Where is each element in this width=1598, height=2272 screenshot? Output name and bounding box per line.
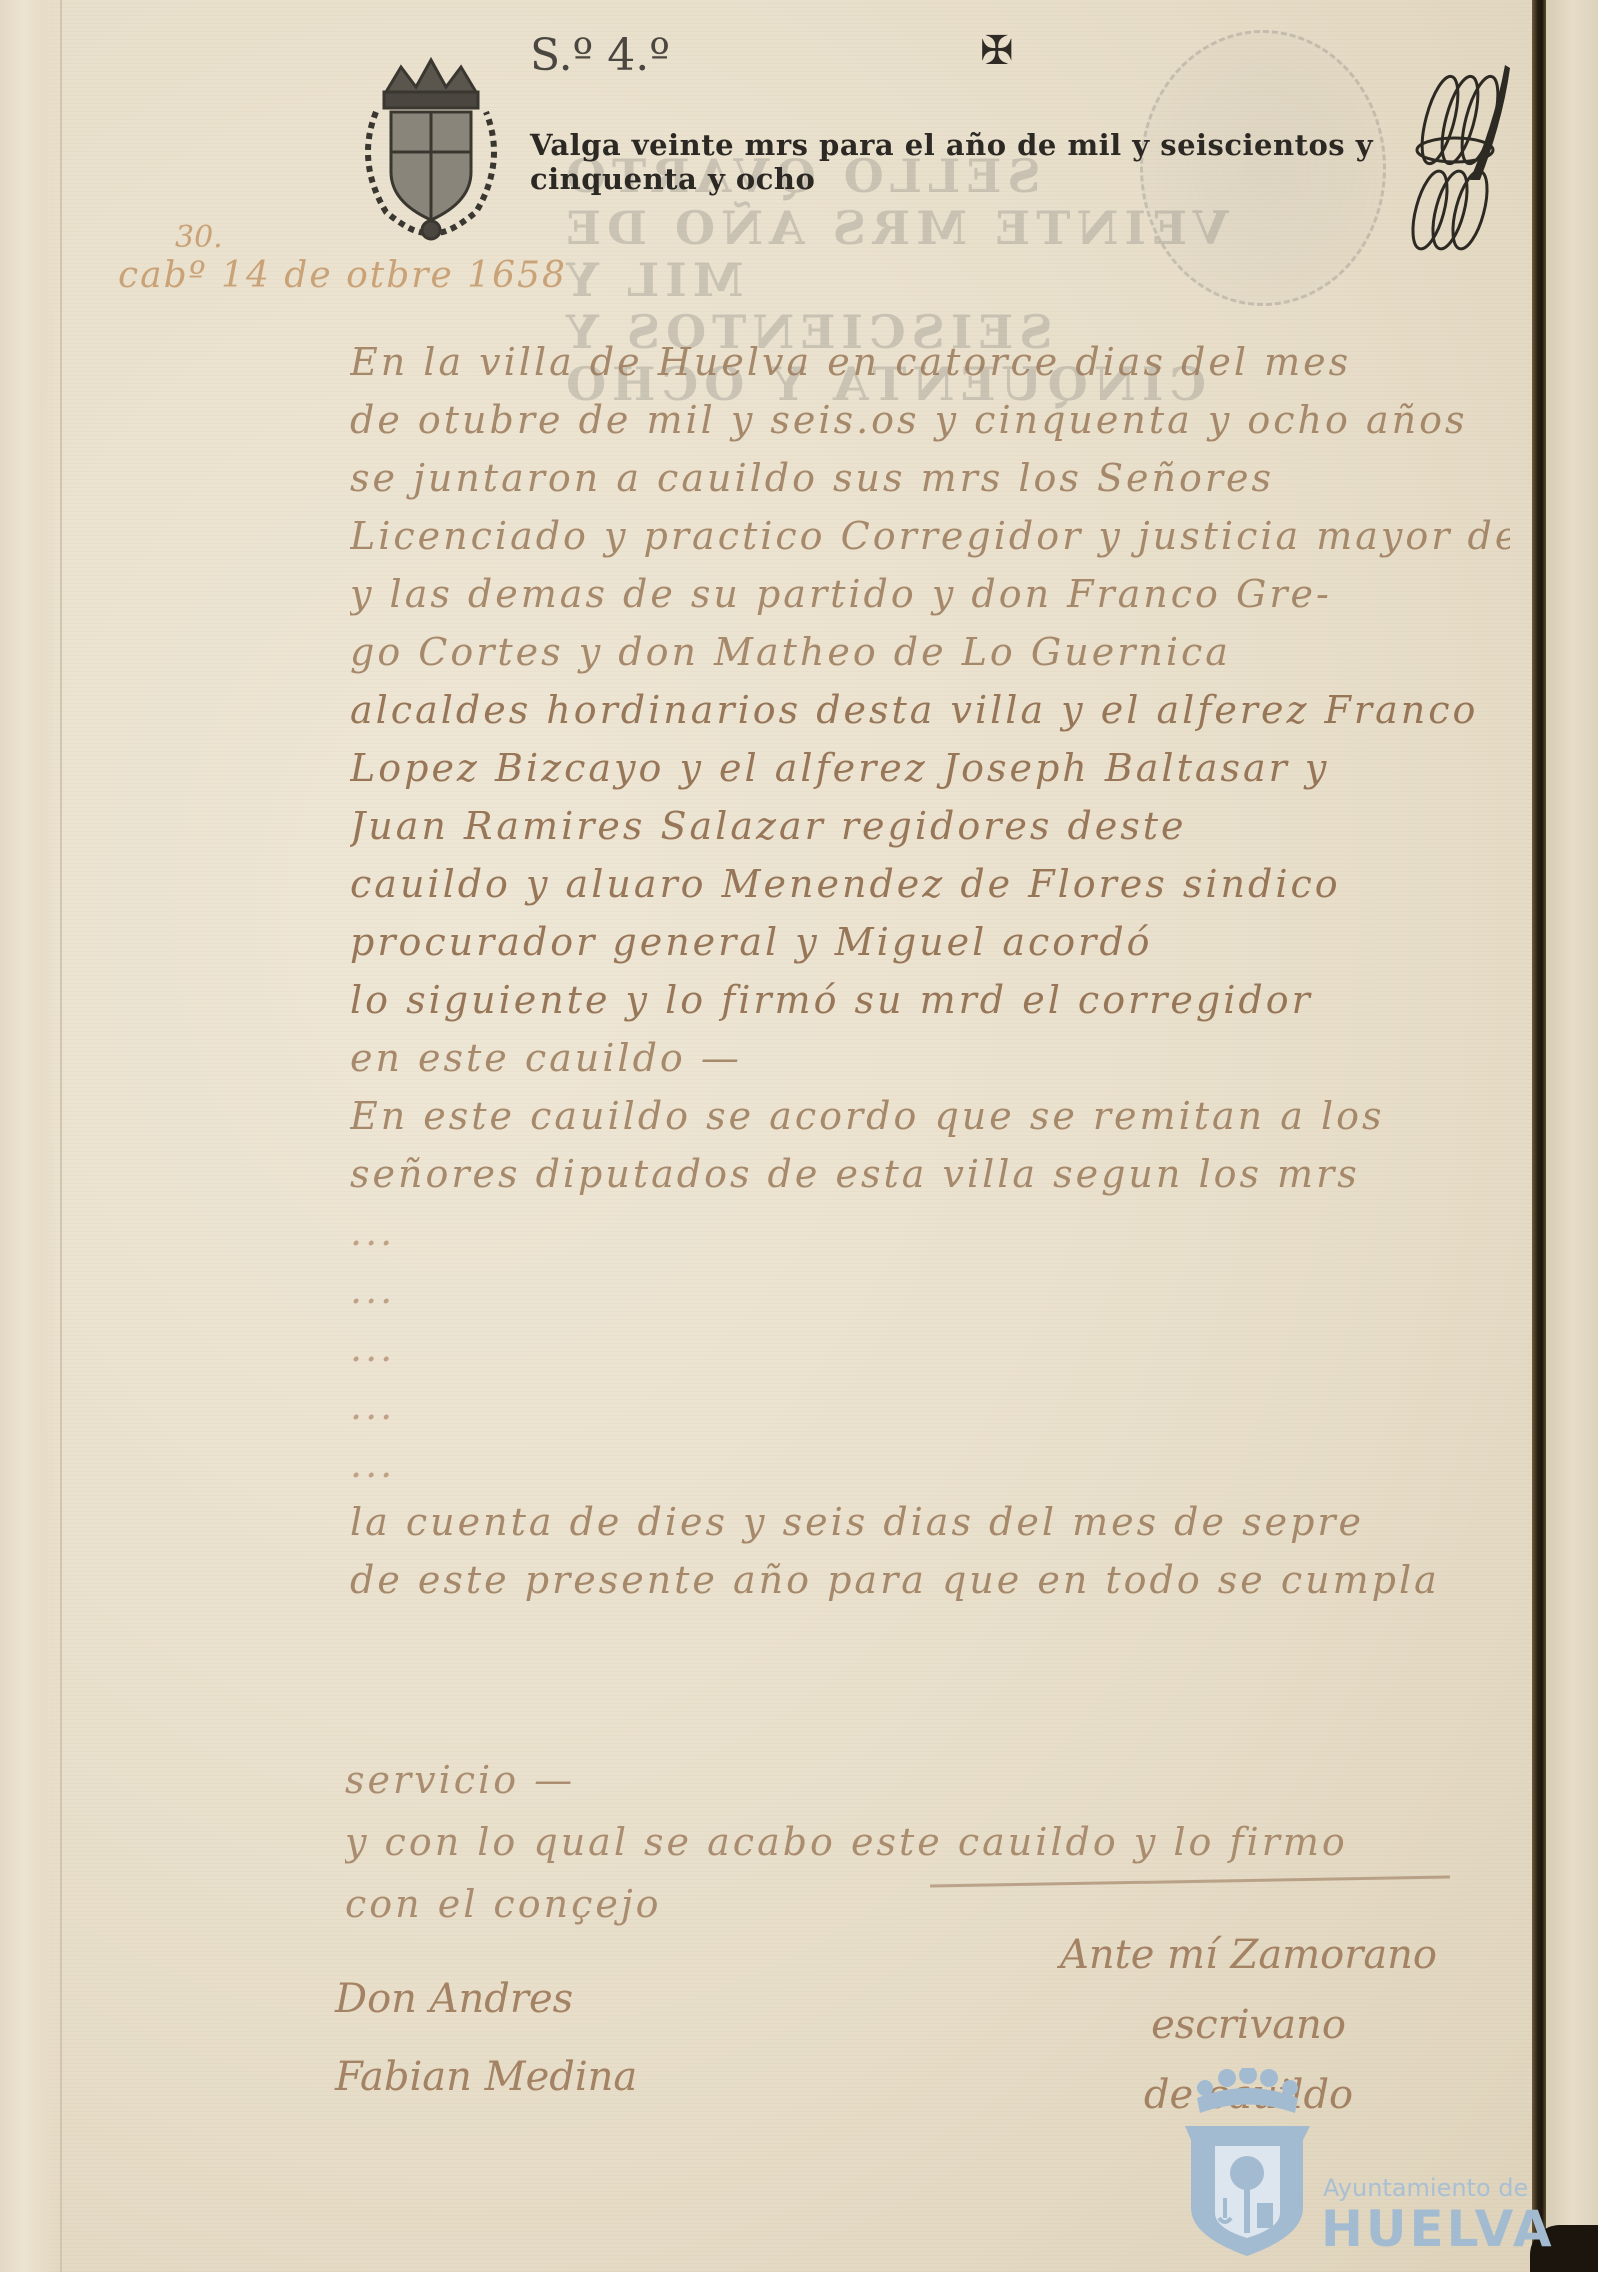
manuscript-line: alcaldes hordinarios desta villa y el al… <box>350 688 1510 746</box>
logo-title: HUELVA <box>1321 2200 1555 2258</box>
signature-line: Fabian Medina <box>335 2038 637 2116</box>
manuscript-line: En este cauildo se acordo que se remitan… <box>350 1094 1510 1152</box>
binding-gutter <box>1532 0 1546 2272</box>
manuscript-line: se juntaron a cauildo sus mrs los Señore… <box>350 456 1510 514</box>
closing-line: servicio — <box>345 1758 1495 1820</box>
manuscript-line: procurador general y Miguel acordó <box>350 920 1510 978</box>
manuscript-line: En la villa de Huelva en catorce dias de… <box>350 340 1510 398</box>
closing-formula: servicio — y con lo qual se acabo este c… <box>345 1758 1495 1944</box>
manuscript-line: en este cauildo — <box>350 1036 1510 1094</box>
manuscript-line: lo siguiente y lo firmó su mrd el correg… <box>350 978 1510 1036</box>
manuscript-line: Lopez Bizcayo y el alferez Joseph Baltas… <box>350 746 1510 804</box>
manuscript-line: ... <box>350 1326 1510 1384</box>
signature-line: escrivano <box>1060 1990 1437 2060</box>
royal-coat-of-arms-icon <box>346 52 516 242</box>
signature-left: Don Andres Fabian Medina <box>335 1960 637 2116</box>
huelva-watermark-logo: Ayuntamiento de HUELVA <box>1185 2068 1545 2258</box>
huelva-shield-icon <box>1185 2068 1310 2258</box>
manuscript-line: de este presente año para que en todo se… <box>350 1558 1510 1616</box>
manuscript-line: ... <box>350 1268 1510 1326</box>
notary-rubric-icon <box>1385 60 1525 260</box>
manuscript-line: y las demas de su partido y don Franco G… <box>350 572 1510 630</box>
manuscript-line: ... <box>350 1384 1510 1442</box>
closing-line: y con lo qual se acabo este cauildo y lo… <box>345 1820 1495 1882</box>
manuscript-line: ... <box>350 1442 1510 1500</box>
page-left-edge <box>0 0 62 2272</box>
manuscript-line: la cuenta de dies y seis dias del mes de… <box>350 1500 1510 1558</box>
margin-date-note: cabº 14 de otbre 1658 <box>118 255 567 296</box>
manuscript-body: En la villa de Huelva en catorce dias de… <box>350 340 1510 1616</box>
printed-line: Valga veinte mrs para el año de mil y se… <box>530 128 1410 162</box>
adjacent-page-edge <box>1546 0 1598 2272</box>
printed-line: cinquenta y ocho <box>530 162 1410 196</box>
printed-stamp-text: Valga veinte mrs para el año de mil y se… <box>530 128 1410 196</box>
manuscript-line: Juan Ramires Salazar regidores deste <box>350 804 1510 862</box>
signature-line: Ante mí Zamorano <box>1060 1920 1437 1990</box>
seal-number: S.º 4.º <box>530 30 670 81</box>
manuscript-line: Licenciado y practico Corregidor y justi… <box>350 514 1510 572</box>
manuscript-line: señores diputados de esta villa segun lo… <box>350 1152 1510 1210</box>
margin-folio-note: 30. <box>175 220 223 255</box>
manuscript-line: de otubre de mil y seis.os y cinquenta y… <box>350 398 1510 456</box>
signature-line: Don Andres <box>335 1960 637 2038</box>
manuscript-line: go Cortes y don Matheo de Lo Guernica <box>350 630 1510 688</box>
manuscript-line: cauildo y aluaro Menendez de Flores sind… <box>350 862 1510 920</box>
logo-pretitle: Ayuntamiento de <box>1323 2174 1528 2202</box>
manuscript-line: ... <box>350 1210 1510 1268</box>
cross-icon: ✠ <box>980 28 1014 74</box>
